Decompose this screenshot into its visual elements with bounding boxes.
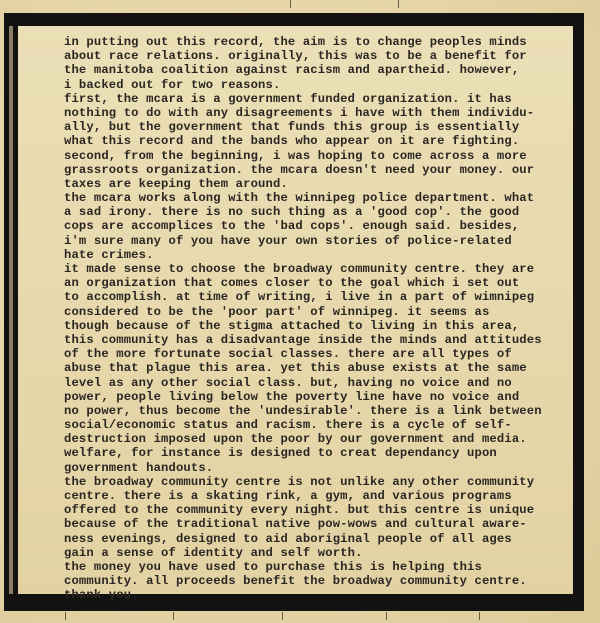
text-line: level as any other social class. but, ha… bbox=[64, 376, 584, 390]
text-line: of the more fortunate social classes. th… bbox=[64, 347, 584, 361]
trim-mark bbox=[173, 612, 174, 620]
document-body: in putting out this record, the aim is t… bbox=[64, 35, 584, 603]
text-line: abuse that plague this area. yet this ab… bbox=[64, 361, 584, 375]
text-line: it made sense to choose the broadway com… bbox=[64, 262, 584, 276]
text-line: no power, thus become the 'undesirable'.… bbox=[64, 404, 584, 418]
text-line: the money you have used to purchase this… bbox=[64, 560, 584, 574]
text-line: though because of the stigma attached to… bbox=[64, 319, 584, 333]
trim-mark bbox=[386, 612, 387, 620]
text-line: ness evenings, designed to aid aborigina… bbox=[64, 532, 584, 546]
text-line: i backed out for two reasons. bbox=[64, 78, 584, 92]
trim-mark bbox=[65, 612, 66, 620]
text-line: social/economic status and racism. there… bbox=[64, 418, 584, 432]
text-line: second, from the beginning, i was hoping… bbox=[64, 149, 584, 163]
text-line: nothing to do with any disagreements i h… bbox=[64, 106, 584, 120]
text-line: government handouts. bbox=[64, 461, 584, 475]
text-line: welfare, for instance is designed to cre… bbox=[64, 446, 584, 460]
text-line: first, the mcara is a government funded … bbox=[64, 92, 584, 106]
text-line: this community has a disadvantage inside… bbox=[64, 333, 584, 347]
text-line: centre. there is a skating rink, a gym, … bbox=[64, 489, 584, 503]
text-line: destruction imposed upon the poor by our… bbox=[64, 432, 584, 446]
border-scuff bbox=[9, 26, 13, 594]
text-line: grassroots organization. the mcara doesn… bbox=[64, 163, 584, 177]
text-line: the mcara works along with the winnipeg … bbox=[64, 191, 584, 205]
trim-mark bbox=[290, 0, 291, 8]
text-line: taxes are keeping them around. bbox=[64, 177, 584, 191]
text-line: the manitoba coalition against racism an… bbox=[64, 63, 584, 77]
text-line: hate crimes. bbox=[64, 248, 584, 262]
trim-mark bbox=[479, 612, 480, 620]
text-line: an organization that comes closer to the… bbox=[64, 276, 584, 290]
text-line: the broadway community centre is not unl… bbox=[64, 475, 584, 489]
text-line: community. all proceeds benefit the broa… bbox=[64, 574, 584, 588]
trim-mark bbox=[282, 612, 283, 620]
text-line: ally, but the government that funds this… bbox=[64, 120, 584, 134]
text-line: what this record and the bands who appea… bbox=[64, 134, 584, 148]
trim-mark bbox=[398, 0, 399, 8]
text-line: considered to be the 'poor part' of winn… bbox=[64, 305, 584, 319]
text-line: power, people living below the poverty l… bbox=[64, 390, 584, 404]
text-line: a sad irony. there is no such thing as a… bbox=[64, 205, 584, 219]
text-line: because of the traditional native pow-wo… bbox=[64, 517, 584, 531]
text-line: in putting out this record, the aim is t… bbox=[64, 35, 584, 49]
text-line: gain a sense of identity and self worth. bbox=[64, 546, 584, 560]
text-line: offered to the community every night. bu… bbox=[64, 503, 584, 517]
text-line: i'm sure many of you have your own stori… bbox=[64, 234, 584, 248]
text-line: thank you. bbox=[64, 588, 584, 602]
text-line: cops are accomplices to the 'bad cops'. … bbox=[64, 219, 584, 233]
text-line: about race relations. originally, this w… bbox=[64, 49, 584, 63]
text-line: to accomplish. at time of writing, i liv… bbox=[64, 290, 584, 304]
